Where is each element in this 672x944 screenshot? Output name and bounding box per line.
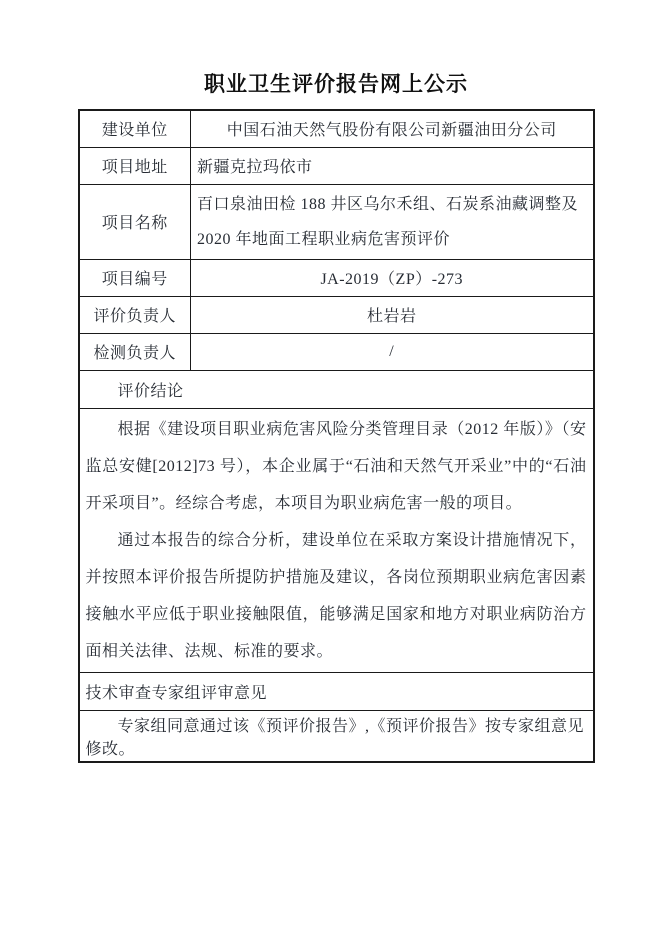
table-row-expert-opinion: 专家组同意通过该《预评价报告》,《预评价报告》按专家组意见修改。 — [79, 710, 594, 762]
project-name-label: 项目名称 — [79, 184, 191, 259]
table-row-construction-unit: 建设单位 中国石油天然气股份有限公司新疆油田分公司 — [79, 110, 594, 147]
page-title: 职业卫生评价报告网上公示 — [0, 68, 672, 98]
table-row-project-name: 项目名称 百口泉油田检 188 井区乌尔禾组、石炭系油藏调整及 2020 年地面… — [79, 184, 594, 259]
testing-leader-label: 检测负责人 — [79, 333, 191, 370]
project-number-value: JA-2019（ZP）-273 — [191, 259, 594, 296]
expert-opinion-text: 专家组同意通过该《预评价报告》,《预评价报告》按专家组意见修改。 — [79, 710, 594, 762]
table-row-conclusion-header: 评价结论 — [79, 370, 594, 408]
conclusion-paragraph-1: 根据《建设项目职业病危害风险分类管理目录（2012 年版）》（安监总安健[201… — [86, 411, 587, 522]
construction-unit-label: 建设单位 — [79, 110, 191, 147]
conclusion-body: 根据《建设项目职业病危害风险分类管理目录（2012 年版）》（安监总安健[201… — [79, 408, 594, 672]
evaluation-leader-label: 评价负责人 — [79, 296, 191, 333]
construction-unit-value: 中国石油天然气股份有限公司新疆油田分公司 — [191, 110, 594, 147]
table-row-project-number: 项目编号 JA-2019（ZP）-273 — [79, 259, 594, 296]
table-row-expert-header: 技术审查专家组评审意见 — [79, 672, 594, 710]
table-row-conclusion-body: 根据《建设项目职业病危害风险分类管理目录（2012 年版）》（安监总安健[201… — [79, 408, 594, 672]
table-row-testing-leader: 检测负责人 / — [79, 333, 594, 370]
table-row-project-address: 项目地址 新疆克拉玛依市 — [79, 147, 594, 184]
conclusion-paragraph-2: 通过本报告的综合分析，建设单位在采取方案设计措施情况下，并按照本评价报告所提防护… — [86, 522, 587, 670]
evaluation-leader-value: 杜岩岩 — [191, 296, 594, 333]
project-number-label: 项目编号 — [79, 259, 191, 296]
expert-review-header: 技术审查专家组评审意见 — [79, 672, 594, 710]
table-row-evaluation-leader: 评价负责人 杜岩岩 — [79, 296, 594, 333]
testing-leader-value: / — [191, 333, 594, 370]
document-page: 职业卫生评价报告网上公示 建设单位 中国石油天然气股份有限公司新疆油田分公司 项… — [0, 0, 672, 944]
publicity-table: 建设单位 中国石油天然气股份有限公司新疆油田分公司 项目地址 新疆克拉玛依市 项… — [78, 109, 595, 763]
conclusion-header: 评价结论 — [79, 370, 594, 408]
project-address-value: 新疆克拉玛依市 — [191, 147, 594, 184]
project-address-label: 项目地址 — [79, 147, 191, 184]
project-name-value: 百口泉油田检 188 井区乌尔禾组、石炭系油藏调整及 2020 年地面工程职业病… — [191, 184, 594, 259]
